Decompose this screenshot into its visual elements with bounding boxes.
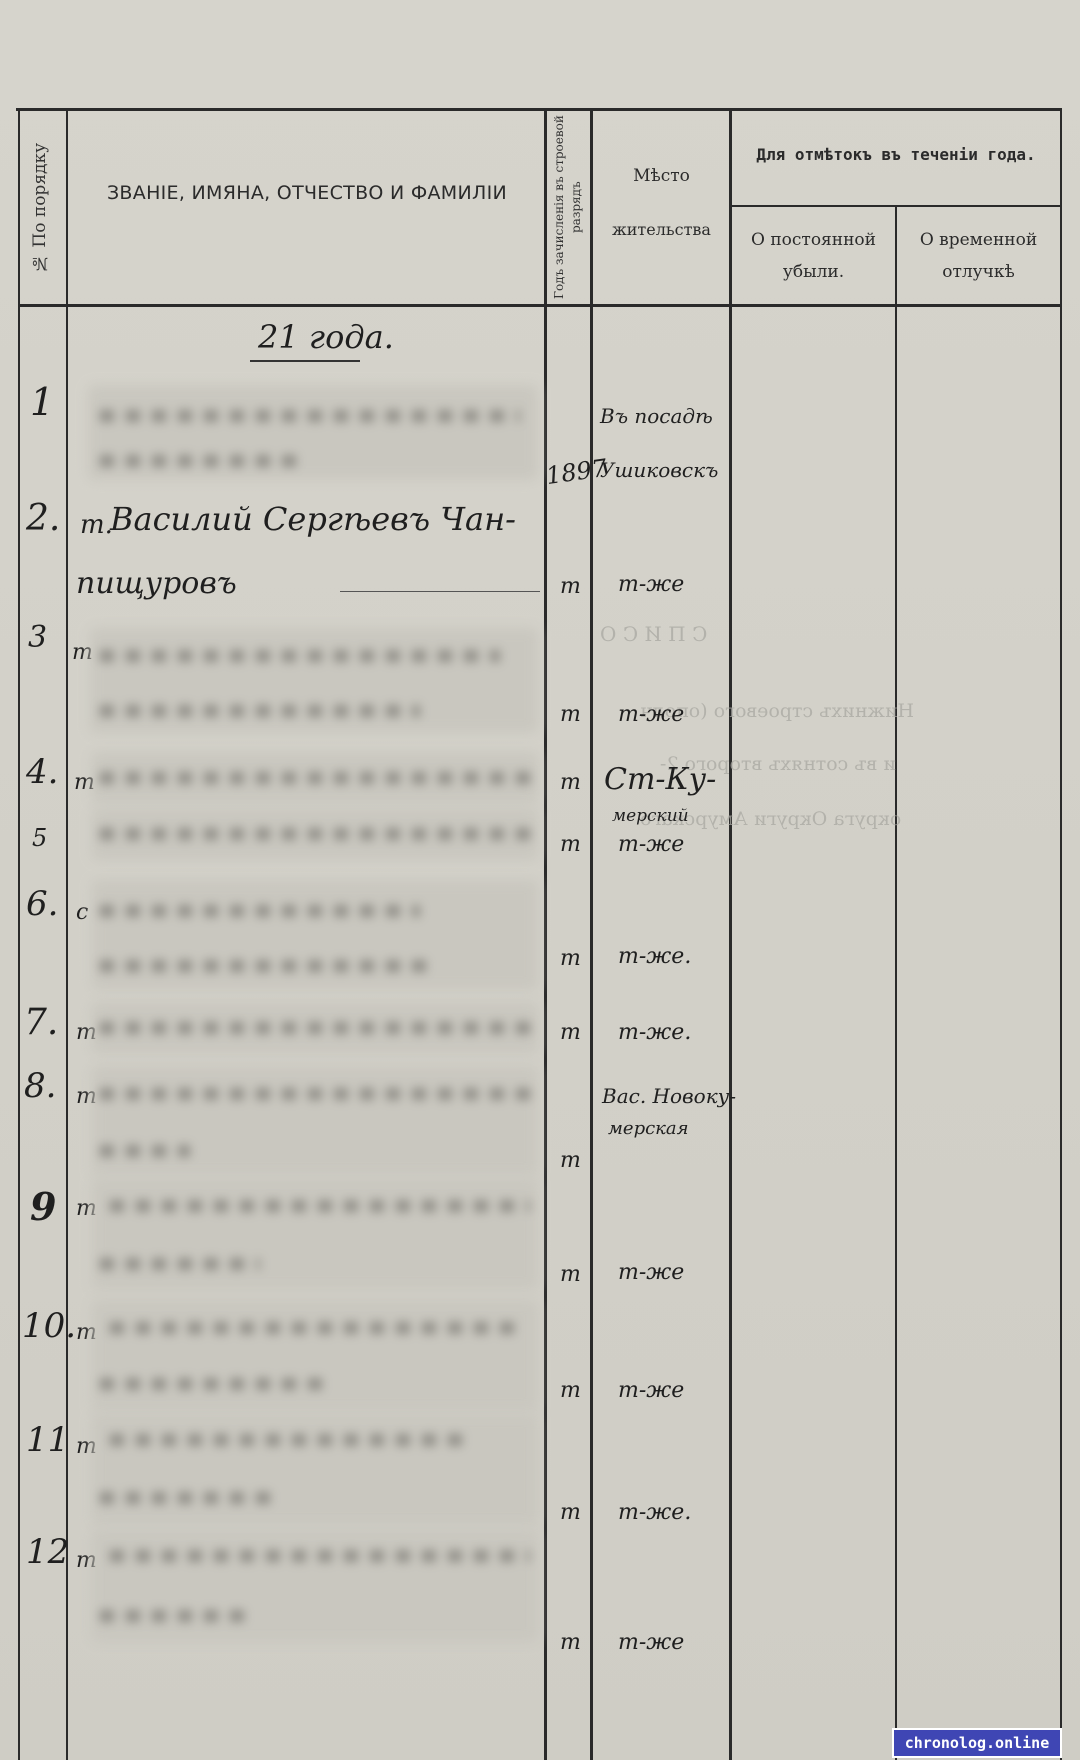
row-10-number: 10. [22, 1306, 76, 1346]
header-number-label: № По порядку [30, 118, 50, 298]
row-7-residence: т-же. [618, 1020, 691, 1045]
header-bottom-border [20, 304, 1062, 307]
header-permanent-line1: О постоянной [732, 230, 895, 250]
row-1-name-strokes-2 [100, 455, 300, 467]
header-temporary-line2: отлучкѣ [897, 262, 1060, 282]
row-10-name-strokes [110, 1322, 520, 1334]
row-11-residence: т-же. [618, 1500, 691, 1525]
row-4-year: т [560, 770, 581, 795]
row-12-name-redacted [92, 1530, 538, 1642]
row-2-year: т [560, 574, 581, 599]
row-3-name-redacted [90, 628, 538, 733]
row-9-residence: т-же [618, 1260, 684, 1285]
number-col-divider [66, 108, 68, 1760]
name-col-divider [544, 108, 547, 1760]
row-11-name-redacted [92, 1414, 538, 1526]
row-4-number: 4. [26, 752, 58, 792]
row-3-name-strokes [100, 650, 500, 662]
row-9-number: 9 [30, 1184, 56, 1229]
row-11-number: 11 [26, 1420, 69, 1460]
row-8-year: т [560, 1148, 581, 1173]
row-9-year: т [560, 1262, 581, 1287]
section-title-underline [250, 360, 360, 362]
row-6-number: 6. [26, 884, 58, 924]
row-9-name-redacted [92, 1178, 538, 1290]
document-page: № По порядку ЗВАНІЕ, ИМЯНА, ОТЧЕСТВО И Ф… [0, 0, 1080, 1760]
row-6-year: т [560, 946, 581, 971]
row-10-name-redacted [92, 1300, 538, 1412]
row-2-name-line2: пищуровъ [76, 566, 237, 601]
row-12-name-strokes [110, 1550, 530, 1562]
row-3-year: т [560, 702, 581, 727]
row-7-number: 7. [24, 1002, 58, 1043]
row-3-number: 3 [28, 620, 47, 655]
row-8-number: 8. [24, 1066, 56, 1106]
row-6-name-strokes-2 [100, 960, 430, 972]
row-2-name-line1: Василий Сергѣевъ Чан- [110, 500, 516, 538]
row-10-year: т [560, 1378, 581, 1403]
row-8-residence-line1: Вас. Новоку- [602, 1084, 736, 1108]
row-6-name-strokes [100, 905, 420, 917]
row-5-number: 5 [32, 824, 47, 852]
header-permanent-line2: убыли. [732, 262, 895, 282]
permanent-col-divider [895, 205, 897, 1760]
row-2-number: 2. [26, 498, 60, 539]
row-9-name-strokes-2 [100, 1258, 260, 1270]
header-residence-line2: жительства [594, 220, 729, 239]
watermark-badge: chronolog.online [892, 1728, 1062, 1758]
row-4-residence-line2: мерский [612, 806, 689, 826]
row-10-name-strokes-2 [100, 1378, 330, 1390]
row-10-residence: т-же [618, 1378, 684, 1403]
row-11-name-strokes [110, 1434, 470, 1446]
row-4-residence-line1: Ст-Ку- [604, 762, 716, 797]
row-12-name-strokes-2 [100, 1610, 250, 1622]
row-5-year: т [560, 832, 581, 857]
section-title: 21 года. [258, 318, 394, 356]
row-7-year: т [560, 1020, 581, 1045]
header-residence-line1: Мѣсто [594, 166, 729, 186]
row-8-name-strokes [100, 1088, 530, 1100]
row-12-number: 12 [26, 1532, 69, 1572]
row-8-name-redacted [92, 1066, 538, 1176]
header-year-label: Годъ зачисленія въ строевой разрядъ [551, 112, 585, 302]
row-4-name-strokes [100, 772, 530, 784]
row-3-residence: т-же [618, 702, 684, 727]
residence-col-divider [729, 108, 732, 1760]
row-11-year: т [560, 1500, 581, 1525]
left-border [18, 108, 20, 1760]
header-marks-group: Для отмѣтокъ въ теченіи года. [732, 145, 1060, 164]
row-6-residence: т-же. [618, 944, 691, 969]
row-5-name-strokes [100, 828, 530, 840]
header-name-label: ЗВАНІЕ, ИМЯНА, ОТЧЕСТВО И ФАМИЛІИ [70, 182, 544, 204]
row-1-residence-line1: Въ посадѣ [600, 404, 713, 428]
row-12-year: т [560, 1630, 581, 1655]
ghost-text-1: С П И С О [600, 622, 707, 646]
row-7-name-strokes [100, 1022, 530, 1034]
year-col-divider [590, 108, 593, 1760]
row-12-residence: т-же [618, 1630, 684, 1655]
row-1-number: 1 [30, 380, 54, 424]
row-8-residence-line2: мерская [608, 1118, 689, 1139]
row-1-name-strokes [100, 410, 520, 422]
row-2-residence: т-же [618, 572, 684, 597]
row-2-name-prefix: т. [80, 510, 113, 540]
row-11-name-strokes-2 [100, 1492, 280, 1504]
row-3-name-strokes-2 [100, 705, 420, 717]
header-temporary-line1: О временной [897, 230, 1060, 250]
table-top-border [16, 108, 1062, 111]
right-border [1060, 108, 1062, 1760]
row-1-residence-line2: Ушиковскъ [600, 458, 718, 482]
row-6-name-redacted [92, 880, 538, 990]
row-8-name-strokes-2 [100, 1145, 190, 1157]
row-5-residence: т-же [618, 832, 684, 857]
row-2-filler-line [340, 591, 540, 592]
row-9-name-strokes [110, 1200, 530, 1212]
row-6-name-prefix: с [76, 900, 88, 925]
